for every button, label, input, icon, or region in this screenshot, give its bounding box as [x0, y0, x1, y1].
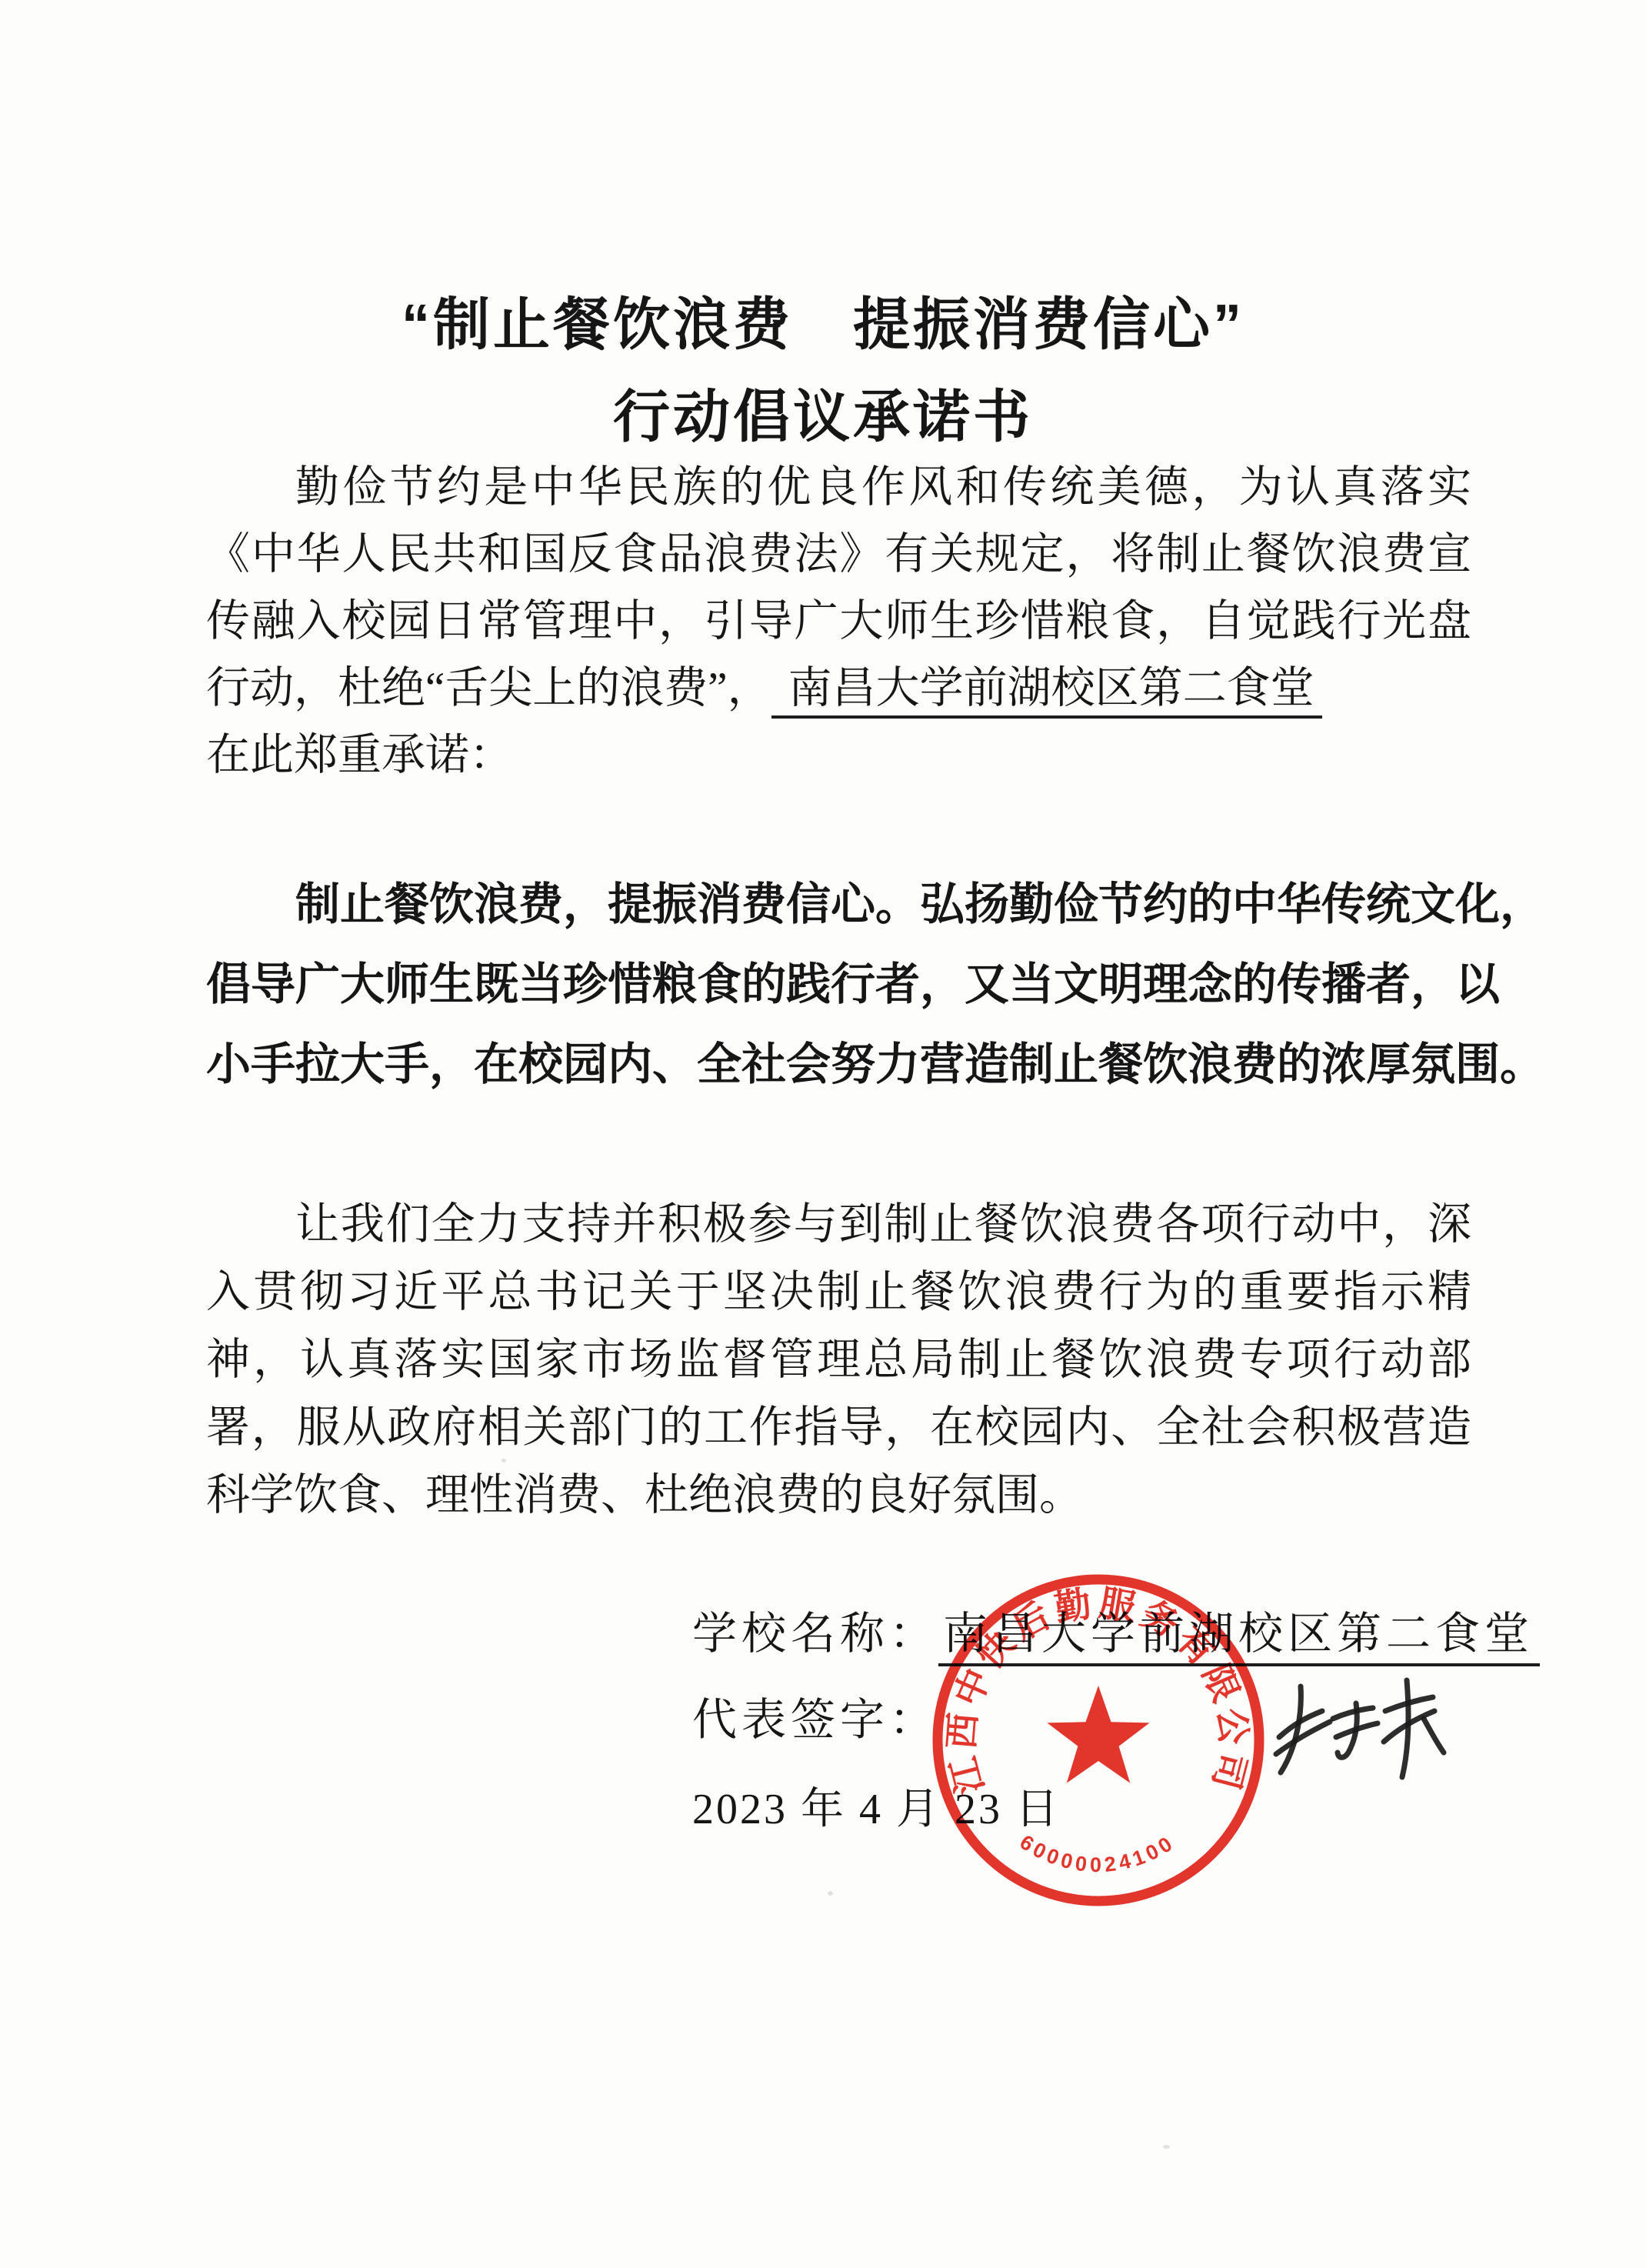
paragraph-pledge-bold: 制止餐饮浪费，提振消费信心。弘扬勤俭节约的中华传统文化， 倡导广大师生既当珍惜粮… — [206, 865, 1471, 1105]
representative-sign-line: 代表签字： — [692, 1691, 938, 1749]
seal-star-icon — [1047, 1686, 1149, 1783]
line-text: 行动，杜绝“舌尖上的浪费”， — [206, 664, 771, 712]
paragraph-line: 倡导广大师生既当珍惜粮食的践行者，又当文明理念的传播者，以 — [206, 945, 1471, 1025]
paragraph-line: 署，服从政府相关部门的工作指导，在校园内、全社会积极营造 — [206, 1394, 1471, 1462]
paragraph-line: 制止餐饮浪费，提振消费信心。弘扬勤俭节约的中华传统文化， — [206, 865, 1471, 945]
paragraph-line: 入贯彻习近平总书记关于坚决制止餐饮浪费行为的重要指示精 — [206, 1259, 1471, 1326]
commitment-letter-page: “制止餐饮浪费 提振消费信心” 行动倡议承诺书 勤俭节约是中华民族的优良作风和传… — [0, 0, 1646, 2268]
paragraph-line: 传融入校园日常管理中，引导广大师生珍惜粮食，自觉践行光盘 — [206, 588, 1471, 655]
school-name-label: 学校名称： — [692, 1609, 938, 1659]
paragraph-line: 让我们全力支持并积极参与到制止餐饮浪费各项行动中，深 — [206, 1191, 1471, 1259]
paragraph-line: 在此郑重承诺： — [206, 722, 1471, 789]
paragraph-intro: 勤俭节约是中华民族的优良作风和传统美德，为认真落实 《中华人民共和国反食品浪费法… — [206, 454, 1471, 789]
paragraph-line: 勤俭节约是中华民族的优良作风和传统美德，为认真落实 — [206, 454, 1471, 521]
scan-speck — [1163, 2145, 1170, 2149]
paragraph-line: 科学饮食、理性消费、杜绝浪费的良好氛围。 — [206, 1462, 1471, 1529]
paragraph-line: 神，认真落实国家市场监督管理总局制止餐饮浪费专项行动部 — [206, 1326, 1471, 1394]
company-seal: 江西中快后勤服务有限公司 3600000241000 — [932, 1574, 1264, 1906]
canteen-name-underlined: 南昌大学前湖校区第二食堂 — [771, 664, 1322, 719]
paragraph-line: 小手拉大手，在校园内、全社会努力营造制止餐饮浪费的浓厚氛围。 — [206, 1025, 1471, 1105]
representative-signature-handwriting — [1265, 1671, 1458, 1794]
paragraph-line: 《中华人民共和国反食品浪费法》有关规定，将制止餐饮浪费宣 — [206, 521, 1471, 588]
representative-sign-label: 代表签字： — [692, 1695, 938, 1745]
document-title-line1: “制止餐饮浪费 提振消费信心” — [0, 289, 1646, 360]
document-title-line2: 行动倡议承诺书 — [0, 382, 1646, 452]
scan-speck — [828, 1891, 833, 1896]
paragraph-line-with-underline: 行动，杜绝“舌尖上的浪费”，南昌大学前湖校区第二食堂 — [206, 655, 1471, 722]
paragraph-action: 让我们全力支持并积极参与到制止餐饮浪费各项行动中，深 入贯彻习近平总书记关于坚决… — [206, 1191, 1471, 1529]
